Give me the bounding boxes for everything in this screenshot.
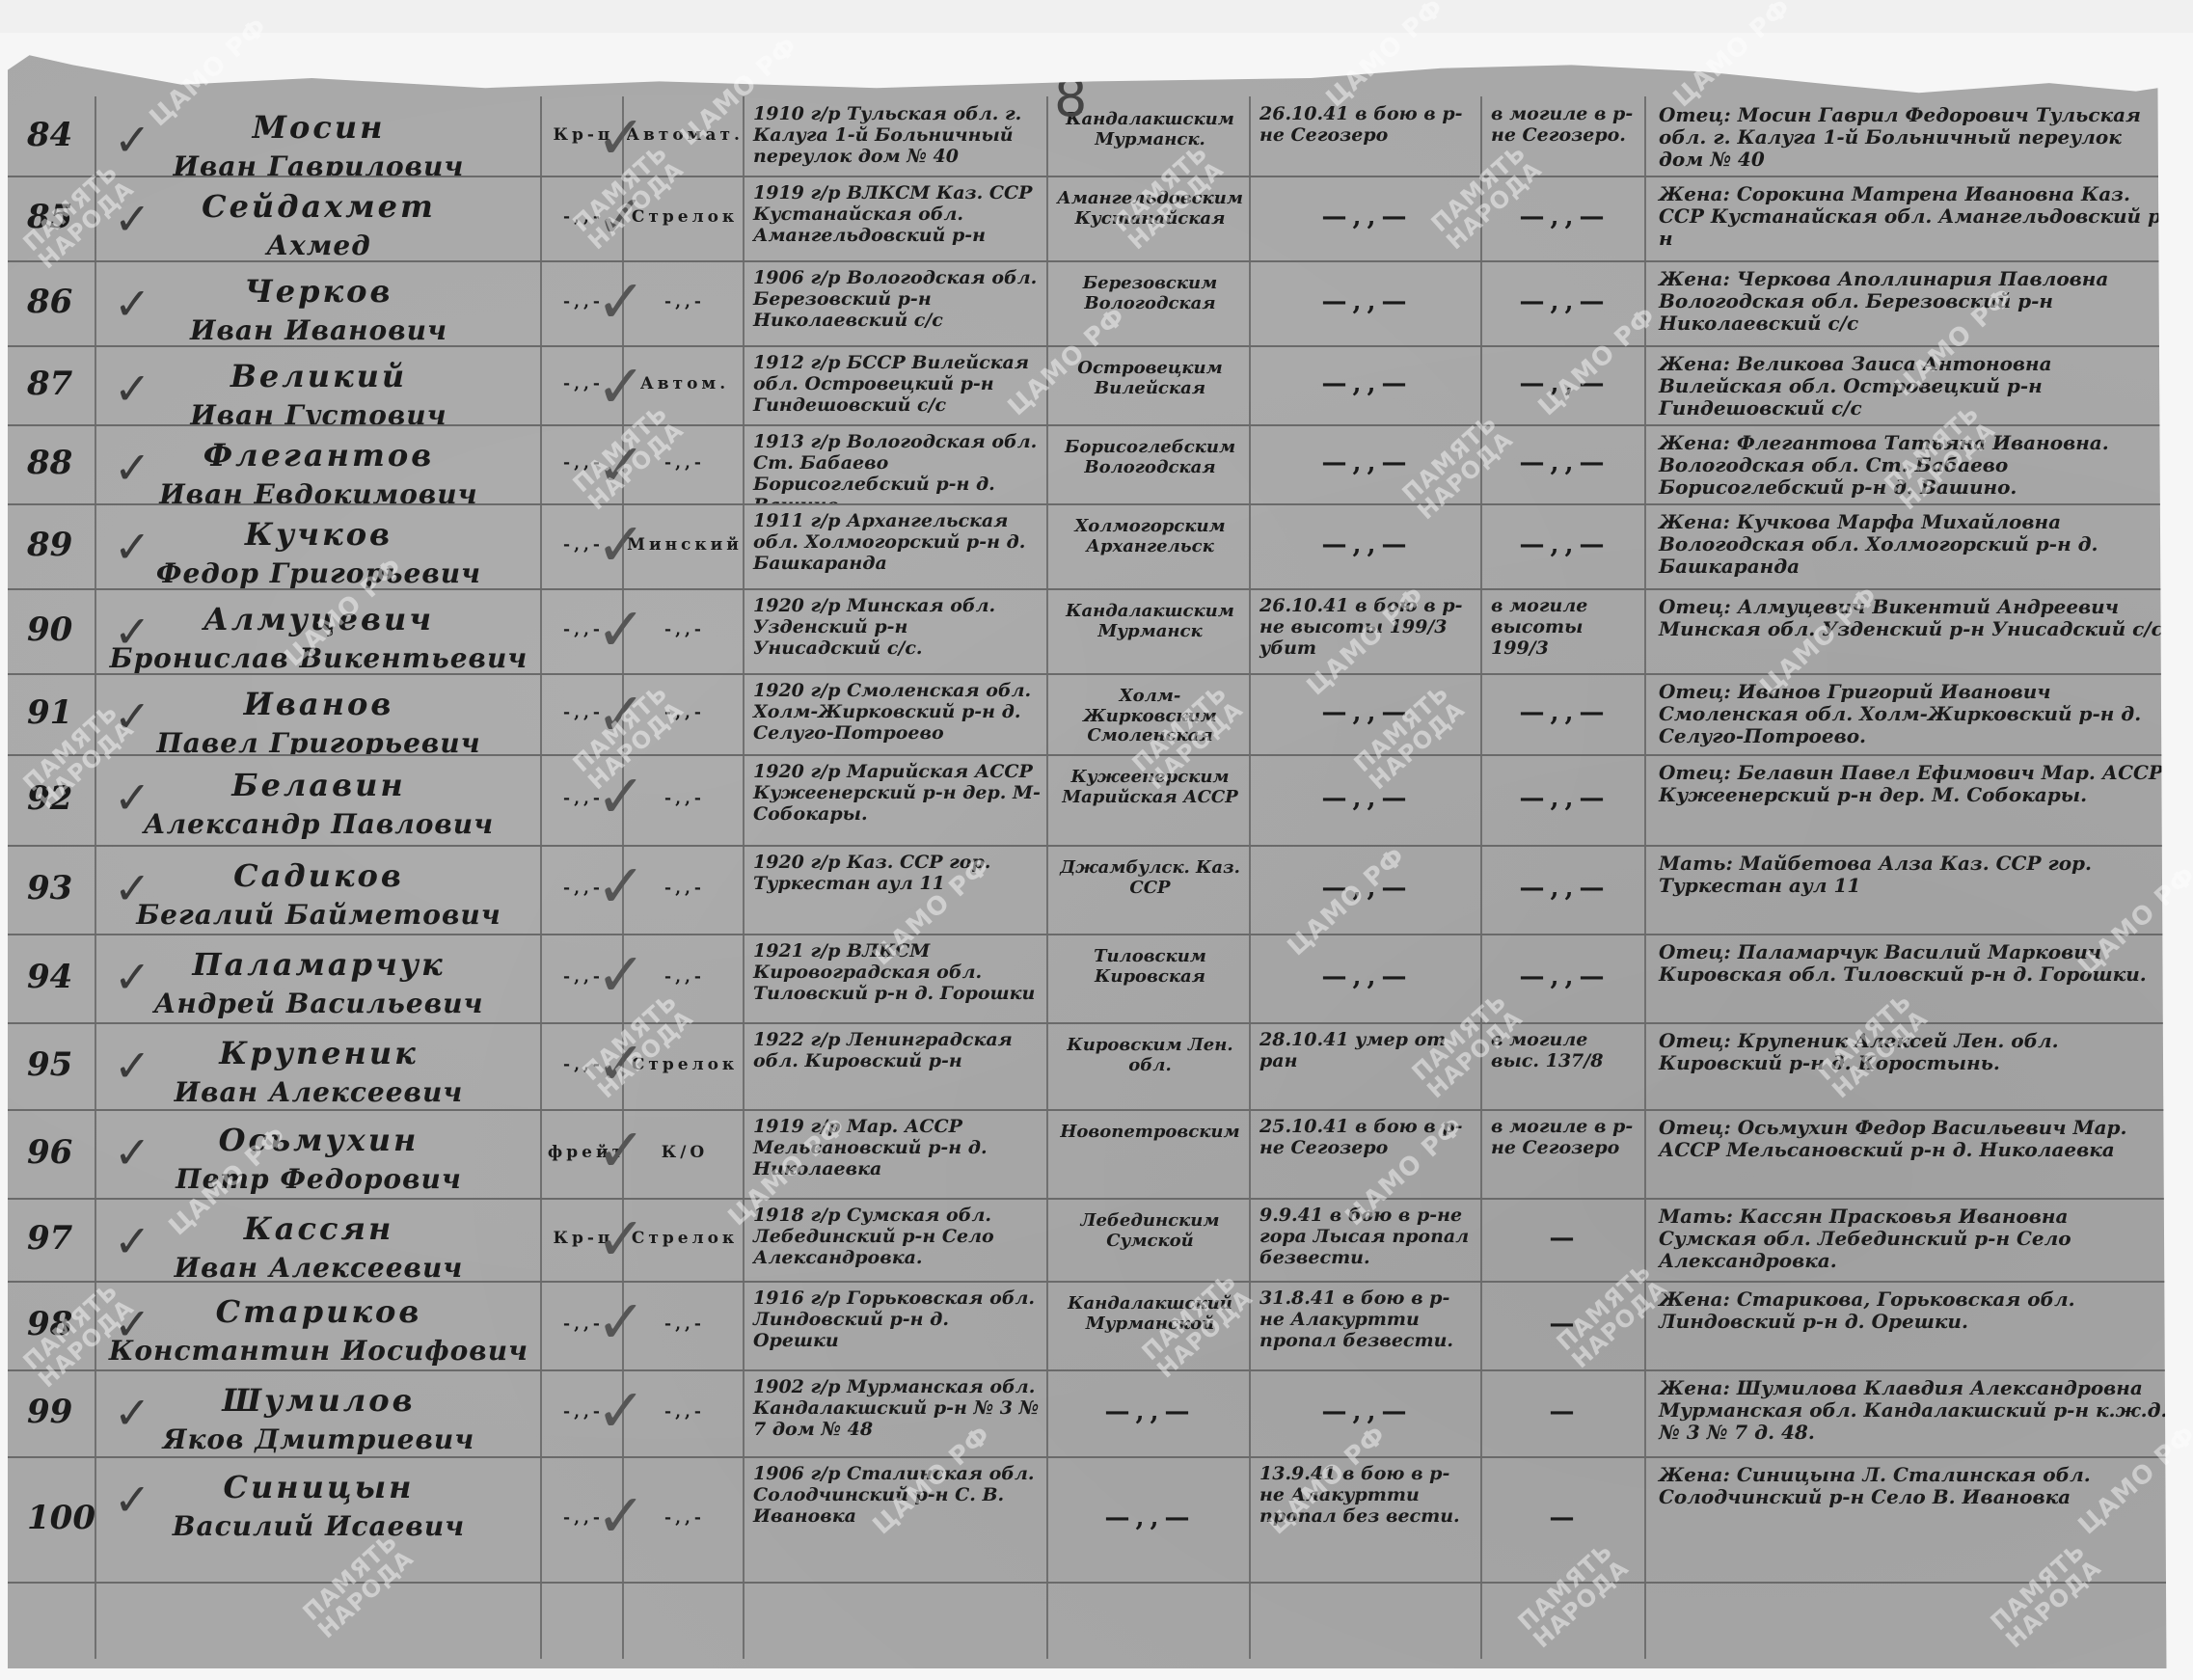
soldier-name: Садиков Бегалий Байметович xyxy=(99,845,538,934)
birth-info: 1919 г/р Мар. АССР Мельсановский р-н д. … xyxy=(747,1109,1046,1198)
row-number: 86 xyxy=(27,260,95,345)
position: Минский xyxy=(627,503,743,588)
next-of-kin: Жена: Великова Заиса Антоновна Вилейская… xyxy=(1649,345,2179,424)
burial-place: —,,— xyxy=(1485,424,1644,503)
table-row: 87 ✓ Великий Иван Густович -,,- ✓ Автом.… xyxy=(8,345,2179,426)
row-number: 87 xyxy=(27,345,95,424)
next-of-kin: Отец: Паламарчук Василий Маркович Кировс… xyxy=(1649,934,2179,1022)
table-row: 99 ✓ Шумилов Яков Дмитриевич -,,- ✓ -,,-… xyxy=(8,1369,2179,1458)
table-row: 100 ✓ Синицын Василий Исаевич -,,- ✓ -,,… xyxy=(8,1456,2179,1584)
table-row: 97 ✓ Кассян Иван Алексеевич Кр-ц ✓ Стрел… xyxy=(8,1198,2179,1283)
loss-date-cause: —,,— xyxy=(1254,424,1480,503)
burial-place: —,,— xyxy=(1485,673,1644,754)
margin-mark: 8 xyxy=(1054,68,1087,128)
given-names: Петр Федорович xyxy=(99,1164,538,1195)
birth-info: 1912 г/р БССР Вилейская обл. Островецкий… xyxy=(747,345,1046,424)
table-row: 89 ✓ Кучков Федор Григорьевич -,,- ✓ Мин… xyxy=(8,503,2179,590)
loss-date-cause: —,,— xyxy=(1254,754,1480,845)
recruitment-office: —,,— xyxy=(1051,1456,1249,1582)
given-names: Василий Исаевич xyxy=(99,1511,538,1542)
table-row: 85 ✓ Сейдахмет Ахмед -,,- ✓ Стрелок 1919… xyxy=(8,176,2179,262)
position: -,,- xyxy=(627,845,743,934)
surname: Белавин xyxy=(99,768,538,803)
surname: Алмуцевич xyxy=(99,602,538,637)
loss-date-cause: —,,— xyxy=(1254,845,1480,934)
loss-date-cause: 13.9.41 в бою в р-не Алакуртти пропал бе… xyxy=(1254,1456,1480,1582)
position: Автом. xyxy=(627,345,743,424)
loss-date-cause: —,,— xyxy=(1254,673,1480,754)
birth-info: 1921 г/р ВЛКСМ Кировоградская обл. Тилов… xyxy=(747,934,1046,1022)
given-names: Иван Гаврилович xyxy=(99,151,538,176)
surname: Садиков xyxy=(99,858,538,894)
row-number: 93 xyxy=(27,845,95,934)
given-names: Иван Алексеевич xyxy=(99,1077,538,1108)
given-names: Андрей Васильевич xyxy=(99,989,538,1019)
soldier-name: Шумилов Яков Дмитриевич xyxy=(99,1369,538,1456)
given-names: Иван Густович xyxy=(99,400,538,424)
row-number: 84 xyxy=(27,96,95,176)
soldier-name: Паламарчук Андрей Васильевич xyxy=(99,934,538,1022)
row-number: 94 xyxy=(27,934,95,1022)
next-of-kin: Жена: Сорокина Матрена Ивановна Каз. ССР… xyxy=(1649,176,2179,260)
loss-date-cause: 28.10.41 умер от ран xyxy=(1254,1022,1480,1109)
burial-place: —,,— xyxy=(1485,345,1644,424)
next-of-kin: Мать: Майбетова Алза Каз. ССР гор. Турке… xyxy=(1649,845,2179,934)
burial-place: в могиле в р-не Сегозеро xyxy=(1485,1109,1644,1198)
burial-place: — xyxy=(1485,1369,1644,1456)
position: -,,- xyxy=(627,673,743,754)
surname: Черков xyxy=(99,274,538,310)
position: -,,- xyxy=(627,1369,743,1456)
next-of-kin: Жена: Черкова Аполлинария Павловна Волог… xyxy=(1649,260,2179,345)
next-of-kin: Отец: Иванов Григорий Иванович Смоленска… xyxy=(1649,673,2179,754)
table-row: 98 ✓ Стариков Константин Иосифович -,,- … xyxy=(8,1281,2179,1371)
birth-info: 1920 г/р Минская обл. Узденский р-н Унис… xyxy=(747,588,1046,673)
burial-place: —,,— xyxy=(1485,260,1644,345)
row-number: 91 xyxy=(27,673,95,754)
birth-info: 1920 г/р Смоленская обл. Холм-Жирковский… xyxy=(747,673,1046,754)
surname: Крупеник xyxy=(99,1036,538,1071)
row-number: 95 xyxy=(27,1022,95,1109)
soldier-name: Флегантов Иван Евдокимович xyxy=(99,424,538,503)
position: Автомат. xyxy=(627,96,743,176)
table-row: 96 ✓ Осьмухин Петр Федорович Ефрейт. ✓ К… xyxy=(8,1109,2179,1200)
birth-info: 1922 г/р Ленинградская обл. Кировский р-… xyxy=(747,1022,1046,1109)
soldier-name: Черков Иван Иванович xyxy=(99,260,538,345)
surname: Великий xyxy=(99,359,538,394)
loss-date-cause: 26.10.41 в бою в р-не высоты 199/3 убит xyxy=(1254,588,1480,673)
soldier-name: Великий Иван Густович xyxy=(99,345,538,424)
recruitment-office: Холмогорским Архангельск xyxy=(1051,503,1249,588)
birth-info: 1918 г/р Сумская обл. Лебединский р-н Се… xyxy=(747,1198,1046,1281)
soldier-name: Белавин Александр Павлович xyxy=(99,754,538,845)
recruitment-office: Кандалакшским Мурманск xyxy=(1051,588,1249,673)
birth-info: 1920 г/р Каз. ССР гор. Туркестан аул 11 xyxy=(747,845,1046,934)
surname: Флегантов xyxy=(99,438,538,474)
table-row: 93 ✓ Садиков Бегалий Байметович -,,- ✓ -… xyxy=(8,845,2179,935)
position: Стрелок xyxy=(627,1198,743,1281)
soldier-name: Кассян Иван Алексеевич xyxy=(99,1198,538,1281)
next-of-kin: Жена: Флегантова Татьяна Ивановна. Волог… xyxy=(1649,424,2179,503)
surname: Мосин xyxy=(99,110,538,146)
soldier-name: Кучков Федор Григорьевич xyxy=(99,503,538,588)
given-names: Ахмед xyxy=(99,230,538,260)
soldier-name: Крупеник Иван Алексеевич xyxy=(99,1022,538,1109)
table-row: 86 ✓ Черков Иван Иванович -,,- ✓ -,,- 19… xyxy=(8,260,2179,347)
surname: Стариков xyxy=(99,1294,538,1330)
position: -,,- xyxy=(627,424,743,503)
birth-info: 1902 г/р Мурманская обл. Кандалакшский р… xyxy=(747,1369,1046,1456)
recruitment-office: Новопетровским xyxy=(1051,1109,1249,1198)
given-names: Федор Григорьевич xyxy=(99,558,538,588)
row-number: 88 xyxy=(27,424,95,503)
burial-place: —,,— xyxy=(1485,503,1644,588)
soldier-name: Осьмухин Петр Федорович xyxy=(99,1109,538,1198)
next-of-kin: Жена: Синицына Л. Сталинская обл. Солодч… xyxy=(1649,1456,2179,1582)
given-names: Бронислав Викентьевич xyxy=(99,643,538,673)
position: -,,- xyxy=(627,1281,743,1369)
loss-date-cause: 26.10.41 в бою в р-не Сегозеро xyxy=(1254,96,1480,176)
birth-info: 1910 г/р Тульская обл. г. Калуга 1-й Бол… xyxy=(747,96,1046,176)
row-number: 90 xyxy=(27,588,95,673)
soldier-name: Иванов Павел Григорьевич xyxy=(99,673,538,754)
table-row: 95 ✓ Крупеник Иван Алексеевич -,,- ✓ Стр… xyxy=(8,1022,2179,1111)
burial-place: — xyxy=(1485,1198,1644,1281)
birth-info: 1913 г/р Вологодская обл. Ст. Бабаево Бо… xyxy=(747,424,1046,503)
position: -,,- xyxy=(627,588,743,673)
burial-place: —,,— xyxy=(1485,845,1644,934)
given-names: Бегалий Байметович xyxy=(99,900,538,931)
surname: Синицын xyxy=(99,1470,538,1505)
soldier-name: Стариков Константин Иосифович xyxy=(99,1281,538,1369)
table-row: 91 ✓ Иванов Павел Григорьевич -,,- ✓ -,,… xyxy=(8,673,2179,756)
recruitment-office: Кандалакшский Мурманской xyxy=(1051,1281,1249,1369)
burial-place: в могиле высоты 199/3 xyxy=(1485,588,1644,673)
row-number: 96 xyxy=(27,1109,95,1198)
loss-date-cause: —,,— xyxy=(1254,934,1480,1022)
surname: Шумилов xyxy=(99,1383,538,1419)
position: Стрелок xyxy=(627,1022,743,1109)
birth-info: 1906 г/р Вологодская обл. Березовский р-… xyxy=(747,260,1046,345)
surname: Осьмухин xyxy=(99,1123,538,1158)
surname: Кассян xyxy=(99,1211,538,1247)
recruitment-office: Амангельдовским Кустанайская xyxy=(1051,176,1249,260)
recruitment-office: —,,— xyxy=(1051,1369,1249,1456)
next-of-kin: Отец: Алмуцевич Викентий Андреевич Минск… xyxy=(1649,588,2179,673)
position: К/О xyxy=(627,1109,743,1198)
loss-date-cause: —,,— xyxy=(1254,1369,1480,1456)
burial-place: — xyxy=(1485,1281,1644,1369)
given-names: Иван Евдокимович xyxy=(99,479,538,503)
next-of-kin: Жена: Кучкова Марфа Михайловна Вологодск… xyxy=(1649,503,2179,588)
birth-info: 1919 г/р ВЛКСМ Каз. ССР Кустанайская обл… xyxy=(747,176,1046,260)
next-of-kin: Жена: Шумилова Клавдия Александровна Мур… xyxy=(1649,1369,2179,1456)
recruitment-office: Островецким Вилейская xyxy=(1051,345,1249,424)
birth-info: 1911 г/р Архангельская обл. Холмогорский… xyxy=(747,503,1046,588)
scanner-background xyxy=(0,0,2193,33)
loss-date-cause: —,,— xyxy=(1254,345,1480,424)
position: -,,- xyxy=(627,260,743,345)
next-of-kin: Отец: Мосин Гаврил Федорович Тульская об… xyxy=(1649,96,2179,176)
surname: Иванов xyxy=(99,687,538,722)
row-number: 100 xyxy=(27,1456,95,1582)
recruitment-office: Борисоглебским Вологодская xyxy=(1051,424,1249,503)
row-number: 98 xyxy=(27,1281,95,1369)
recruitment-office: Лебединским Сумской xyxy=(1051,1198,1249,1281)
loss-date-cause: —,,— xyxy=(1254,176,1480,260)
table-row: 94 ✓ Паламарчук Андрей Васильевич -,,- ✓… xyxy=(8,934,2179,1024)
given-names: Иван Иванович xyxy=(99,315,538,345)
table-row: 90 ✓ Алмуцевич Бронислав Викентьевич -,,… xyxy=(8,588,2179,675)
next-of-kin: Отец: Крупеник Алексей Лен. обл. Кировск… xyxy=(1649,1022,2179,1109)
loss-date-cause: —,,— xyxy=(1254,503,1480,588)
loss-date-cause: —,,— xyxy=(1254,260,1480,345)
recruitment-office: Холм-Жирковским Смоленская xyxy=(1051,673,1249,754)
register-sheet: 84 ✓ Мосин Иван Гаврилович Кр-ц ✓ Автома… xyxy=(8,29,2179,1668)
birth-info: 1916 г/р Горьковская обл. Линдовский р-н… xyxy=(747,1281,1046,1369)
row-number: 85 xyxy=(27,176,95,260)
loss-date-cause: 25.10.41 в бою в р-не Сегозеро xyxy=(1254,1109,1480,1198)
surname: Кучков xyxy=(99,517,538,553)
next-of-kin: Отец: Белавин Павел Ефимович Мар. АССР К… xyxy=(1649,754,2179,845)
next-of-kin: Жена: Старикова, Горьковская обл. Линдов… xyxy=(1649,1281,2179,1369)
recruitment-office: Джамбулск. Каз. ССР xyxy=(1051,845,1249,934)
table-row: 88 ✓ Флегантов Иван Евдокимович -,,- ✓ -… xyxy=(8,424,2179,505)
burial-place: в могиле выс. 137/8 xyxy=(1485,1022,1644,1109)
table-row: 84 ✓ Мосин Иван Гаврилович Кр-ц ✓ Автома… xyxy=(8,96,2179,177)
row-number: 97 xyxy=(27,1198,95,1281)
position: -,,- xyxy=(627,1456,743,1582)
row-number: 92 xyxy=(27,754,95,845)
loss-date-cause: 9.9.41 в бою в р-не гора Лысая пропал бе… xyxy=(1254,1198,1480,1281)
recruitment-office: Кужеенерским Марийская АССР xyxy=(1051,754,1249,845)
position: -,,- xyxy=(627,934,743,1022)
row-number: 89 xyxy=(27,503,95,588)
burial-place: — xyxy=(1485,1456,1644,1582)
recruitment-office: Тиловским Кировская xyxy=(1051,934,1249,1022)
row-number: 99 xyxy=(27,1369,95,1456)
surname: Паламарчук xyxy=(99,947,538,983)
soldier-name: Сейдахмет Ахмед xyxy=(99,176,538,260)
surname: Сейдахмет xyxy=(99,189,538,225)
recruitment-office: Березовским Вологодская xyxy=(1051,260,1249,345)
burial-place: —,,— xyxy=(1485,934,1644,1022)
given-names: Александр Павлович xyxy=(99,809,538,840)
given-names: Константин Иосифович xyxy=(99,1336,538,1367)
given-names: Яков Дмитриевич xyxy=(99,1424,538,1455)
burial-place: —,,— xyxy=(1485,754,1644,845)
next-of-kin: Отец: Осьмухин Федор Васильевич Мар. АСС… xyxy=(1649,1109,2179,1198)
burial-place: —,,— xyxy=(1485,176,1644,260)
given-names: Павел Григорьевич xyxy=(99,728,538,754)
soldier-name: Мосин Иван Гаврилович xyxy=(99,96,538,176)
next-of-kin: Мать: Кассян Прасковья Ивановна Сумская … xyxy=(1649,1198,2179,1281)
position: Стрелок xyxy=(627,176,743,260)
position: -,,- xyxy=(627,754,743,845)
recruitment-office: Кировским Лен. обл. xyxy=(1051,1022,1249,1109)
table-row: 92 ✓ Белавин Александр Павлович -,,- ✓ -… xyxy=(8,754,2179,847)
given-names: Иван Алексеевич xyxy=(99,1253,538,1281)
burial-place: в могиле в р-не Сегозеро. xyxy=(1485,96,1644,176)
birth-info: 1920 г/р Марийская АССР Кужеенерский р-н… xyxy=(747,754,1046,845)
birth-info: 1906 г/р Сталинская обл. Солодчинский р-… xyxy=(747,1456,1046,1582)
soldier-name: Алмуцевич Бронислав Викентьевич xyxy=(99,588,538,673)
soldier-name: Синицын Василий Исаевич xyxy=(99,1456,538,1582)
loss-date-cause: 31.8.41 в бою в р-не Алакуртти пропал бе… xyxy=(1254,1281,1480,1369)
